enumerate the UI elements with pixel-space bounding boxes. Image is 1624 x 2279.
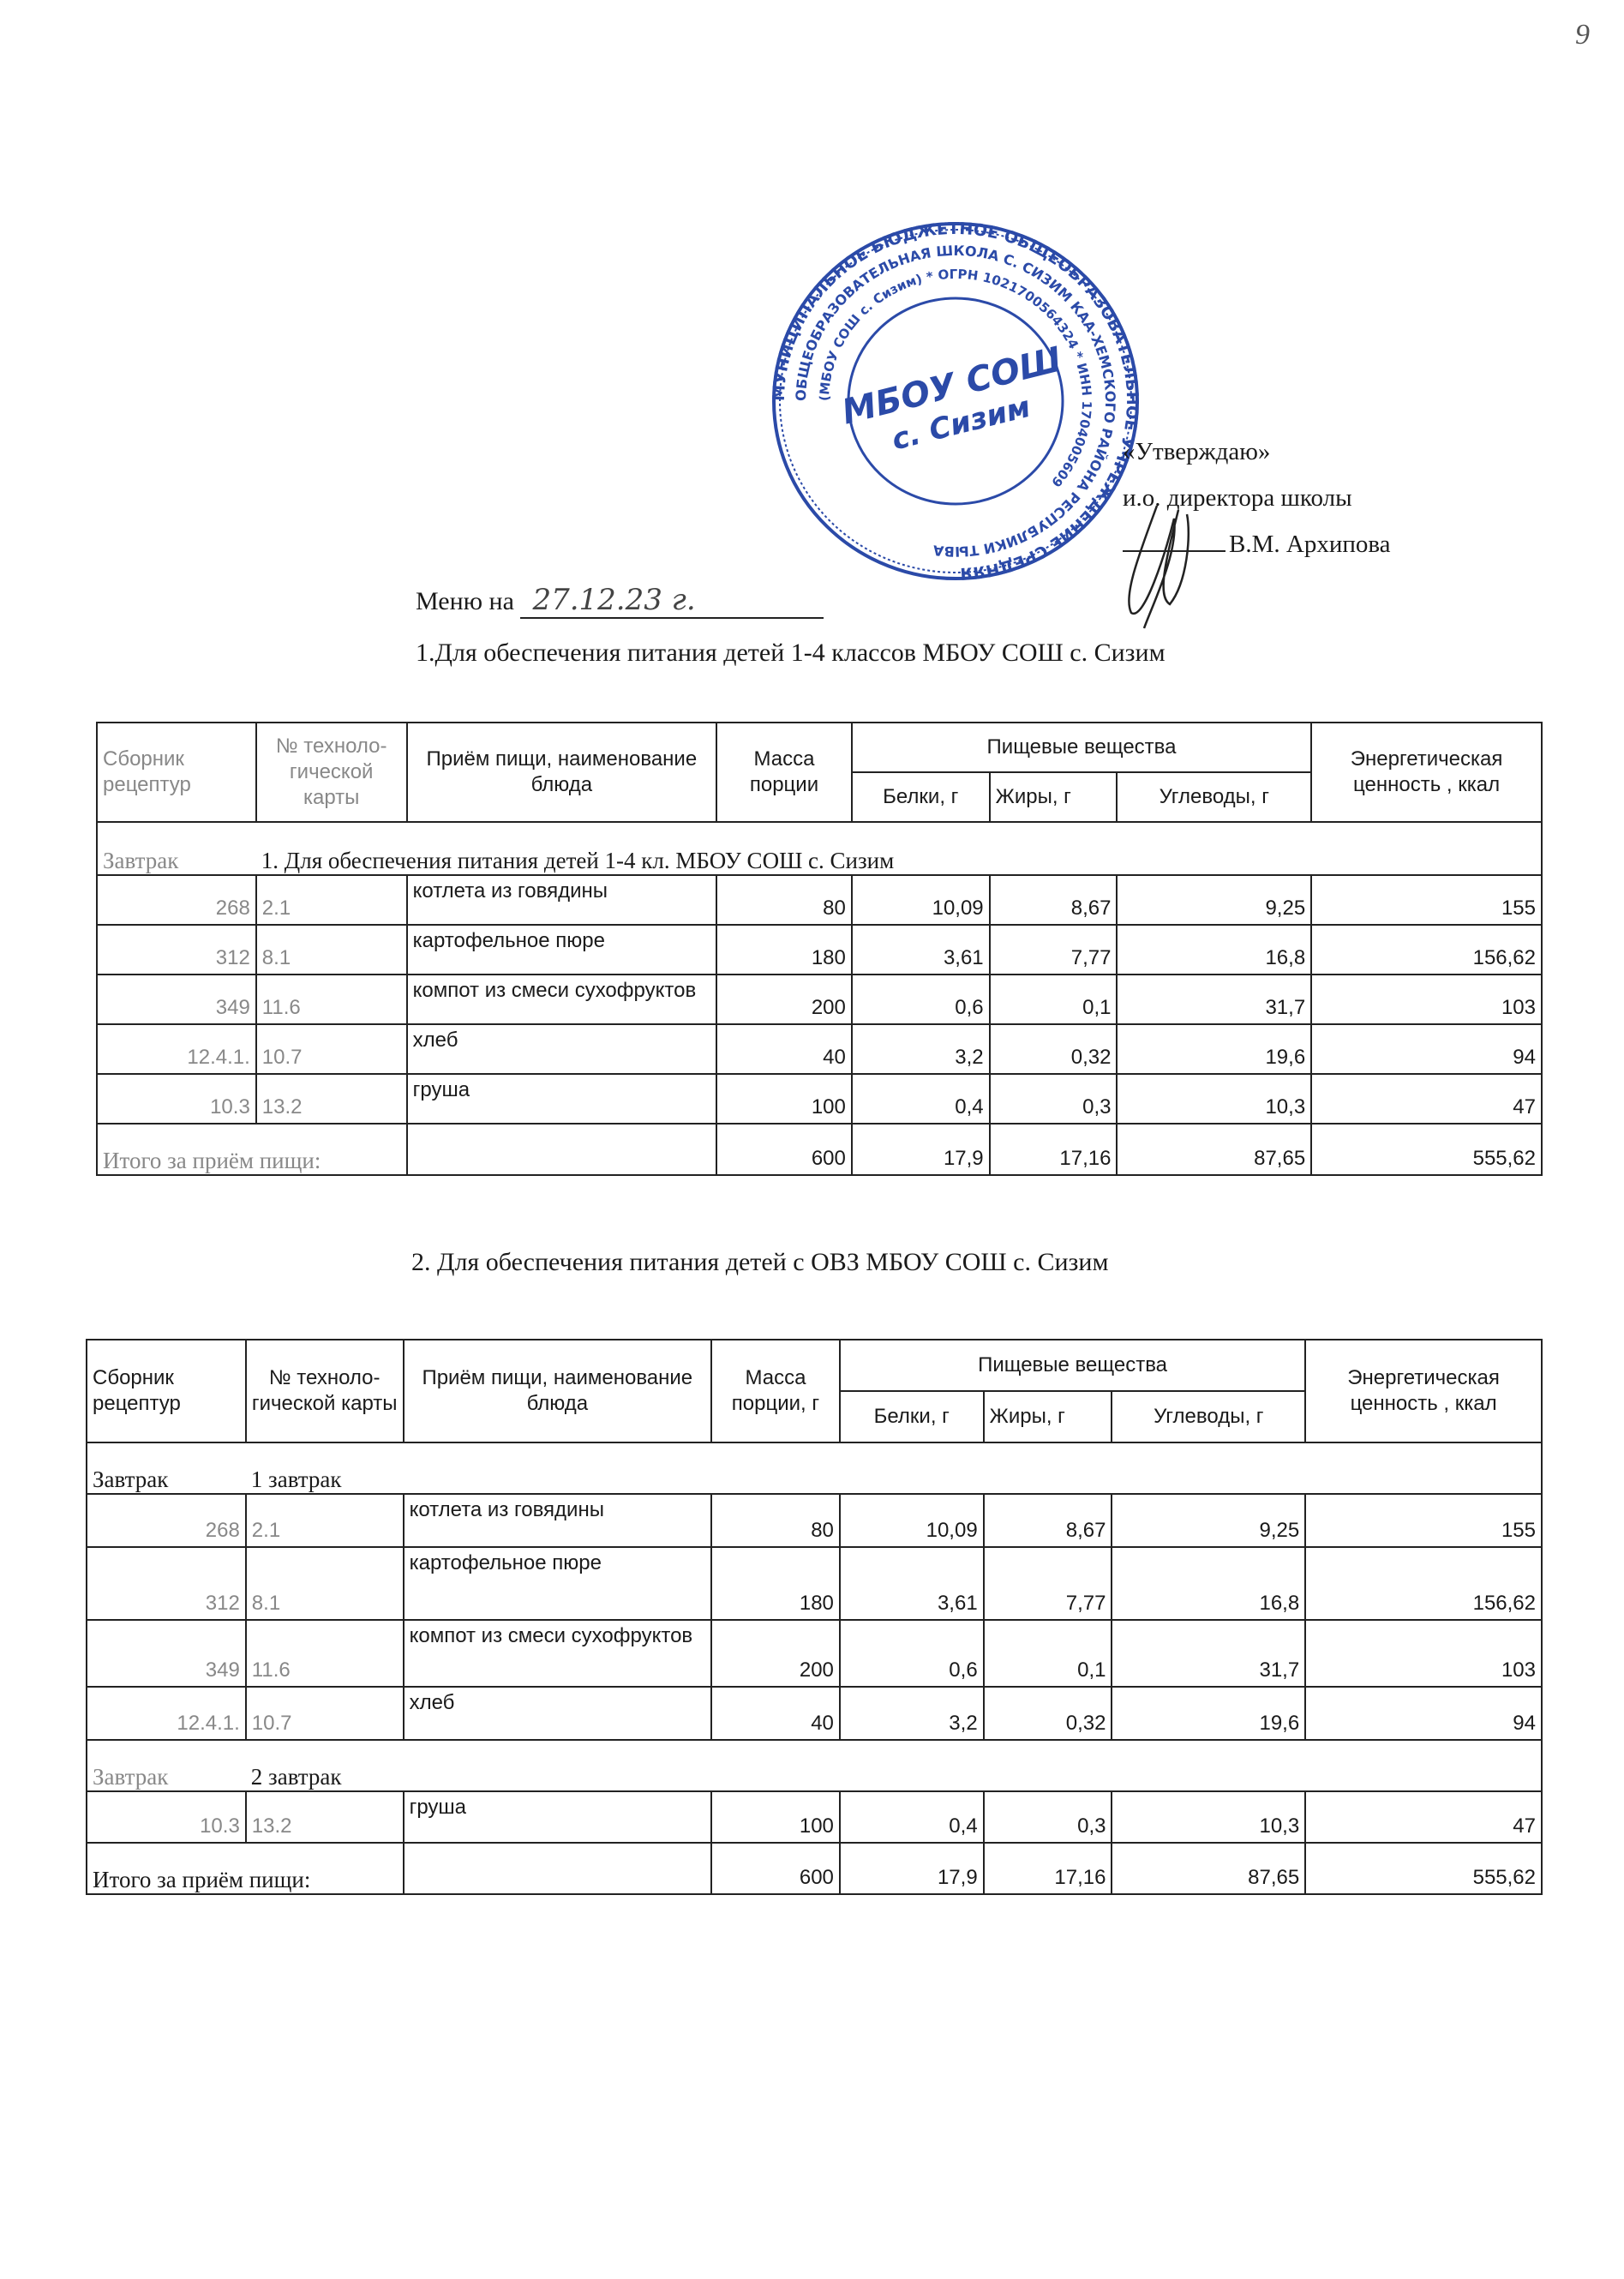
- total-energy: 555,62: [1311, 1124, 1542, 1175]
- header-fat: Жиры, г: [984, 1391, 1112, 1442]
- fat-value: 8,67: [984, 1494, 1112, 1547]
- portion-mass: 40: [711, 1687, 840, 1740]
- table-row: 12.4.1.10.7хлеб403,20,3219,694: [87, 1687, 1542, 1740]
- protein-value: 3,2: [852, 1024, 990, 1074]
- total-protein: 17,9: [852, 1124, 990, 1175]
- tech-card-number: 10.7: [246, 1687, 404, 1740]
- menu-date-value: 27.12.23 г.: [520, 583, 824, 619]
- fat-value: 7,77: [984, 1547, 1112, 1620]
- portion-mass: 100: [716, 1074, 852, 1124]
- portion-mass: 200: [716, 975, 852, 1024]
- tech-card-number: 8.1: [246, 1547, 404, 1620]
- carbs-value: 19,6: [1117, 1024, 1311, 1074]
- portion-mass: 80: [711, 1494, 840, 1547]
- total-label: Итого за приём пищи:: [87, 1843, 404, 1894]
- tech-card-number: 10.7: [256, 1024, 407, 1074]
- energy-value: 155: [1311, 875, 1542, 925]
- table-row: 10.313.2груша1000,40,310,347: [97, 1074, 1542, 1124]
- handwritten-signature: [1106, 501, 1225, 630]
- total-fat: 17,16: [984, 1843, 1112, 1894]
- header-protein: Белки, г: [840, 1391, 984, 1442]
- carbs-value: 16,8: [1112, 1547, 1305, 1620]
- recipe-number: 268: [87, 1494, 246, 1547]
- fat-value: 7,77: [990, 925, 1118, 975]
- carbs-value: 9,25: [1117, 875, 1311, 925]
- total-carbs: 87,65: [1117, 1124, 1311, 1175]
- tech-card-number: 2.1: [246, 1494, 404, 1547]
- portion-mass: 40: [716, 1024, 852, 1074]
- header-tech-card: № техноло-гической карты: [256, 723, 407, 822]
- meal2-label: Завтрак: [87, 1740, 246, 1791]
- carbs-value: 31,7: [1112, 1620, 1305, 1687]
- dish-name: груша: [407, 1074, 716, 1124]
- protein-value: 3,61: [852, 925, 990, 975]
- approval-heading: «Утверждаю»: [1123, 429, 1391, 475]
- header-portion-mass: Масса порции: [716, 723, 852, 822]
- protein-value: 10,09: [852, 875, 990, 925]
- energy-value: 103: [1311, 975, 1542, 1024]
- protein-value: 3,2: [840, 1687, 984, 1740]
- carbs-value: 19,6: [1112, 1687, 1305, 1740]
- header-protein: Белки, г: [852, 772, 990, 822]
- recipe-number: 12.4.1.: [97, 1024, 256, 1074]
- total-label: Итого за приём пищи:: [97, 1124, 407, 1175]
- dish-name: картофельное пюре: [404, 1547, 711, 1620]
- header-energy: Энергетическая ценность , ккал: [1305, 1340, 1542, 1442]
- recipe-number: 312: [87, 1547, 246, 1620]
- header-energy: Энергетическая ценность , ккал: [1311, 723, 1542, 822]
- section2-title: 2. Для обеспечения питания детей с ОВЗ М…: [411, 1248, 1108, 1277]
- recipe-number: 268: [97, 875, 256, 925]
- table-row: 2682.1котлета из говядины8010,098,679,25…: [87, 1494, 1542, 1547]
- dish-name: картофельное пюре: [407, 925, 716, 975]
- total-mass: 600: [716, 1124, 852, 1175]
- energy-value: 94: [1311, 1024, 1542, 1074]
- header-nutrients: Пищевые вещества: [852, 723, 1311, 772]
- energy-value: 94: [1305, 1687, 1542, 1740]
- fat-value: 0,32: [984, 1687, 1112, 1740]
- header-nutrients: Пищевые вещества: [840, 1340, 1305, 1391]
- protein-value: 0,4: [852, 1074, 990, 1124]
- carbs-value: 10,3: [1117, 1074, 1311, 1124]
- tech-card-number: 13.2: [256, 1074, 407, 1124]
- menu-table-grades-1-4: Сборник рецептур № техноло-гической карт…: [96, 722, 1543, 1176]
- header-dish-name: Приём пищи, наименование блюда: [407, 723, 716, 822]
- portion-mass: 80: [716, 875, 852, 925]
- energy-value: 156,62: [1305, 1547, 1542, 1620]
- recipe-number: 10.3: [87, 1791, 246, 1843]
- table-row: 34911.6компот из смеси сухофруктов2000,6…: [97, 975, 1542, 1024]
- table-row: 2682.1котлета из говядины8010,098,679,25…: [97, 875, 1542, 925]
- carbs-value: 16,8: [1117, 925, 1311, 975]
- recipe-number: 349: [97, 975, 256, 1024]
- meal2-caption: 2 завтрак: [246, 1740, 1542, 1791]
- table-row: 12.4.1.10.7хлеб403,20,3219,694: [97, 1024, 1542, 1074]
- carbs-value: 9,25: [1112, 1494, 1305, 1547]
- tech-card-number: 13.2: [246, 1791, 404, 1843]
- portion-mass: 180: [716, 925, 852, 975]
- handwritten-page-number: 9: [1575, 19, 1590, 51]
- tech-card-number: 8.1: [256, 925, 407, 975]
- meal-caption: 1. Для обеспечения питания детей 1-4 кл.…: [256, 822, 1542, 875]
- dish-name: компот из смеси сухофруктов: [404, 1620, 711, 1687]
- recipe-number: 12.4.1.: [87, 1687, 246, 1740]
- table-row: 34911.6компот из смеси сухофруктов2000,6…: [87, 1620, 1542, 1687]
- protein-value: 0,6: [852, 975, 990, 1024]
- meal1-caption: 1 завтрак: [246, 1442, 1542, 1494]
- header-tech-card: № техноло-гической карты: [246, 1340, 404, 1442]
- protein-value: 0,4: [840, 1791, 984, 1843]
- table-row: 3128.1картофельное пюре1803,617,7716,815…: [87, 1547, 1542, 1620]
- energy-value: 47: [1305, 1791, 1542, 1843]
- total-energy: 555,62: [1305, 1843, 1542, 1894]
- portion-mass: 100: [711, 1791, 840, 1843]
- energy-value: 103: [1305, 1620, 1542, 1687]
- recipe-number: 349: [87, 1620, 246, 1687]
- fat-value: 8,67: [990, 875, 1118, 925]
- fat-value: 0,3: [984, 1791, 1112, 1843]
- header-dish-name: Приём пищи, наименование блюда: [404, 1340, 711, 1442]
- carbs-value: 31,7: [1117, 975, 1311, 1024]
- carbs-value: 10,3: [1112, 1791, 1305, 1843]
- section1-title: 1.Для обеспечения питания детей 1-4 клас…: [416, 639, 1166, 668]
- table-row: 10.313.2груша1000,40,310,347: [87, 1791, 1542, 1843]
- total-fat: 17,16: [990, 1124, 1118, 1175]
- dish-name: хлеб: [407, 1024, 716, 1074]
- tech-card-number: 11.6: [256, 975, 407, 1024]
- fat-value: 0,1: [984, 1620, 1112, 1687]
- energy-value: 155: [1305, 1494, 1542, 1547]
- recipe-number: 10.3: [97, 1074, 256, 1124]
- menu-table-special-needs: Сборник рецептур № техноло-гической карт…: [86, 1339, 1543, 1895]
- dish-name: груша: [404, 1791, 711, 1843]
- menu-date-line: Меню на 27.12.23 г.: [416, 583, 824, 619]
- fat-value: 0,32: [990, 1024, 1118, 1074]
- header-carbs: Углеводы, г: [1112, 1391, 1305, 1442]
- total-carbs: 87,65: [1112, 1843, 1305, 1894]
- total-mass: 600: [711, 1843, 840, 1894]
- recipe-number: 312: [97, 925, 256, 975]
- menu-date-label: Меню на: [416, 587, 514, 615]
- fat-value: 0,3: [990, 1074, 1118, 1124]
- protein-value: 3,61: [840, 1547, 984, 1620]
- meal-label: Завтрак: [97, 822, 256, 875]
- fat-value: 0,1: [990, 975, 1118, 1024]
- dish-name: котлета из говядины: [407, 875, 716, 925]
- tech-card-number: 11.6: [246, 1620, 404, 1687]
- energy-value: 47: [1311, 1074, 1542, 1124]
- header-recipe-collection: Сборник рецептур: [97, 723, 256, 822]
- energy-value: 156,62: [1311, 925, 1542, 975]
- total-row: Итого за приём пищи: 600 17,9 17,16 87,6…: [97, 1124, 1542, 1175]
- portion-mass: 200: [711, 1620, 840, 1687]
- total-protein: 17,9: [840, 1843, 984, 1894]
- approver-name: В.М. Архипова: [1229, 531, 1391, 558]
- protein-value: 10,09: [840, 1494, 984, 1547]
- total-row: Итого за приём пищи: 600 17,9 17,16 87,6…: [87, 1843, 1542, 1894]
- header-recipe-collection: Сборник рецептур: [87, 1340, 246, 1442]
- dish-name: компот из смеси сухофруктов: [407, 975, 716, 1024]
- tech-card-number: 2.1: [256, 875, 407, 925]
- header-fat: Жиры, г: [990, 772, 1118, 822]
- dish-name: хлеб: [404, 1687, 711, 1740]
- dish-name: котлета из говядины: [404, 1494, 711, 1547]
- header-carbs: Углеводы, г: [1117, 772, 1311, 822]
- table-row: 3128.1картофельное пюре1803,617,7716,815…: [97, 925, 1542, 975]
- meal1-label: Завтрак: [87, 1442, 246, 1494]
- protein-value: 0,6: [840, 1620, 984, 1687]
- school-stamp: МУНИЦИПАЛЬНОЕ БЮДЖЕТНОЕ ОБЩЕОБРАЗОВАТЕЛЬ…: [767, 221, 1144, 581]
- portion-mass: 180: [711, 1547, 840, 1620]
- header-portion-mass: Масса порции, г: [711, 1340, 840, 1442]
